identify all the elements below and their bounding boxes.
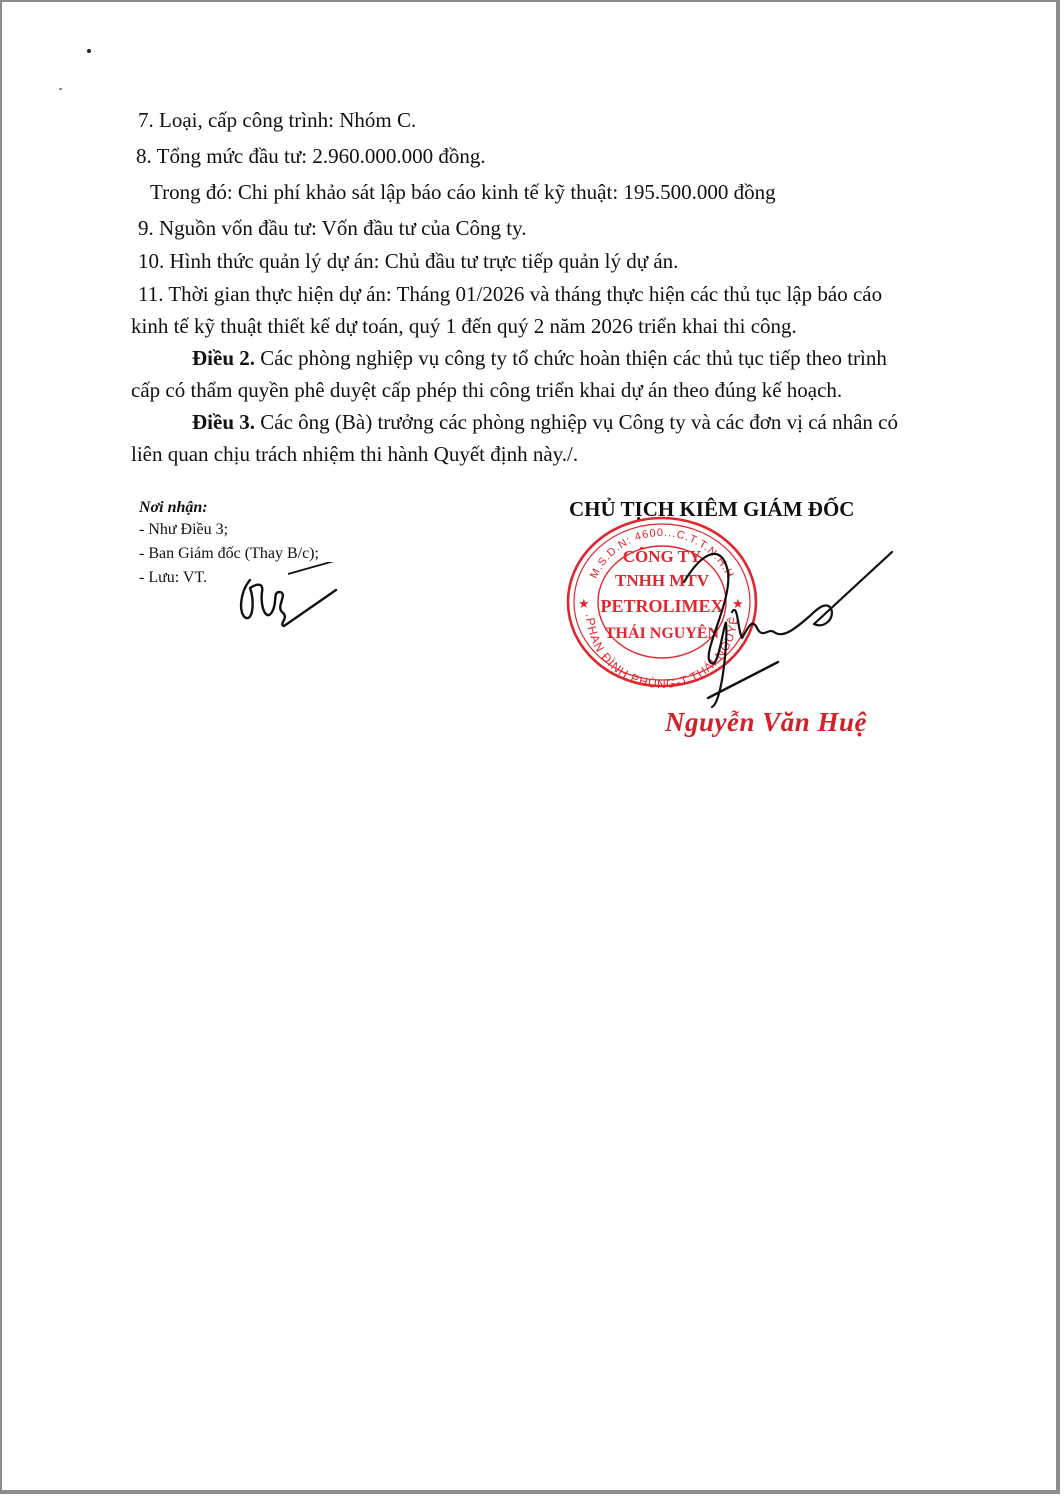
article-2-cont: cấp có thẩm quyền phê duyệt cấp phép thi… <box>131 378 842 403</box>
recipients-title: Nơi nhận: <box>139 499 208 517</box>
initial-signature-icon <box>232 562 342 632</box>
article-3-line1: Các ông (Bà) trưởng các phòng nghiệp vụ … <box>255 410 898 434</box>
article-2-label: Điều 2. <box>192 346 255 370</box>
item-7: 7. Loại, cấp công trình: Nhóm C. <box>138 108 416 133</box>
recipient-item: - Lưu: VT. <box>139 569 207 587</box>
article-3-cont: liên quan chịu trách nhiệm thi hành Quyế… <box>131 442 578 467</box>
recipient-item: - Ban Giám đốc (Thay B/c); <box>139 545 319 563</box>
article-3-label: Điều 3. <box>192 410 255 434</box>
article-2: Điều 2. Các phòng nghiệp vụ công ty tổ c… <box>192 346 887 371</box>
item-9: 9. Nguồn vốn đầu tư: Vốn đầu tư của Công… <box>138 216 526 241</box>
item-8-detail: Trong đó: Chi phí khảo sát lập báo cáo k… <box>150 180 776 205</box>
svg-text:★: ★ <box>578 597 590 612</box>
scan-speck <box>87 49 91 53</box>
item-11-cont: kinh tế kỹ thuật thiết kế dự toán, quý 1… <box>131 314 797 339</box>
item-11: 11. Thời gian thực hiện dự án: Tháng 01/… <box>138 282 882 307</box>
item-8: 8. Tổng mức đầu tư: 2.960.000.000 đồng. <box>136 144 486 169</box>
document-page: 7. Loại, cấp công trình: Nhóm C. 8. Tổng… <box>0 0 1060 1494</box>
scan-speck <box>59 88 62 90</box>
article-3: Điều 3. Các ông (Bà) trưởng các phòng ng… <box>192 410 898 435</box>
item-10: 10. Hình thức quản lý dự án: Chủ đầu tư … <box>138 249 678 274</box>
article-2-line1: Các phòng nghiệp vụ công ty tổ chức hoàn… <box>255 346 887 370</box>
director-signature-icon <box>682 542 902 712</box>
recipient-item: - Như Điều 3; <box>139 521 228 539</box>
